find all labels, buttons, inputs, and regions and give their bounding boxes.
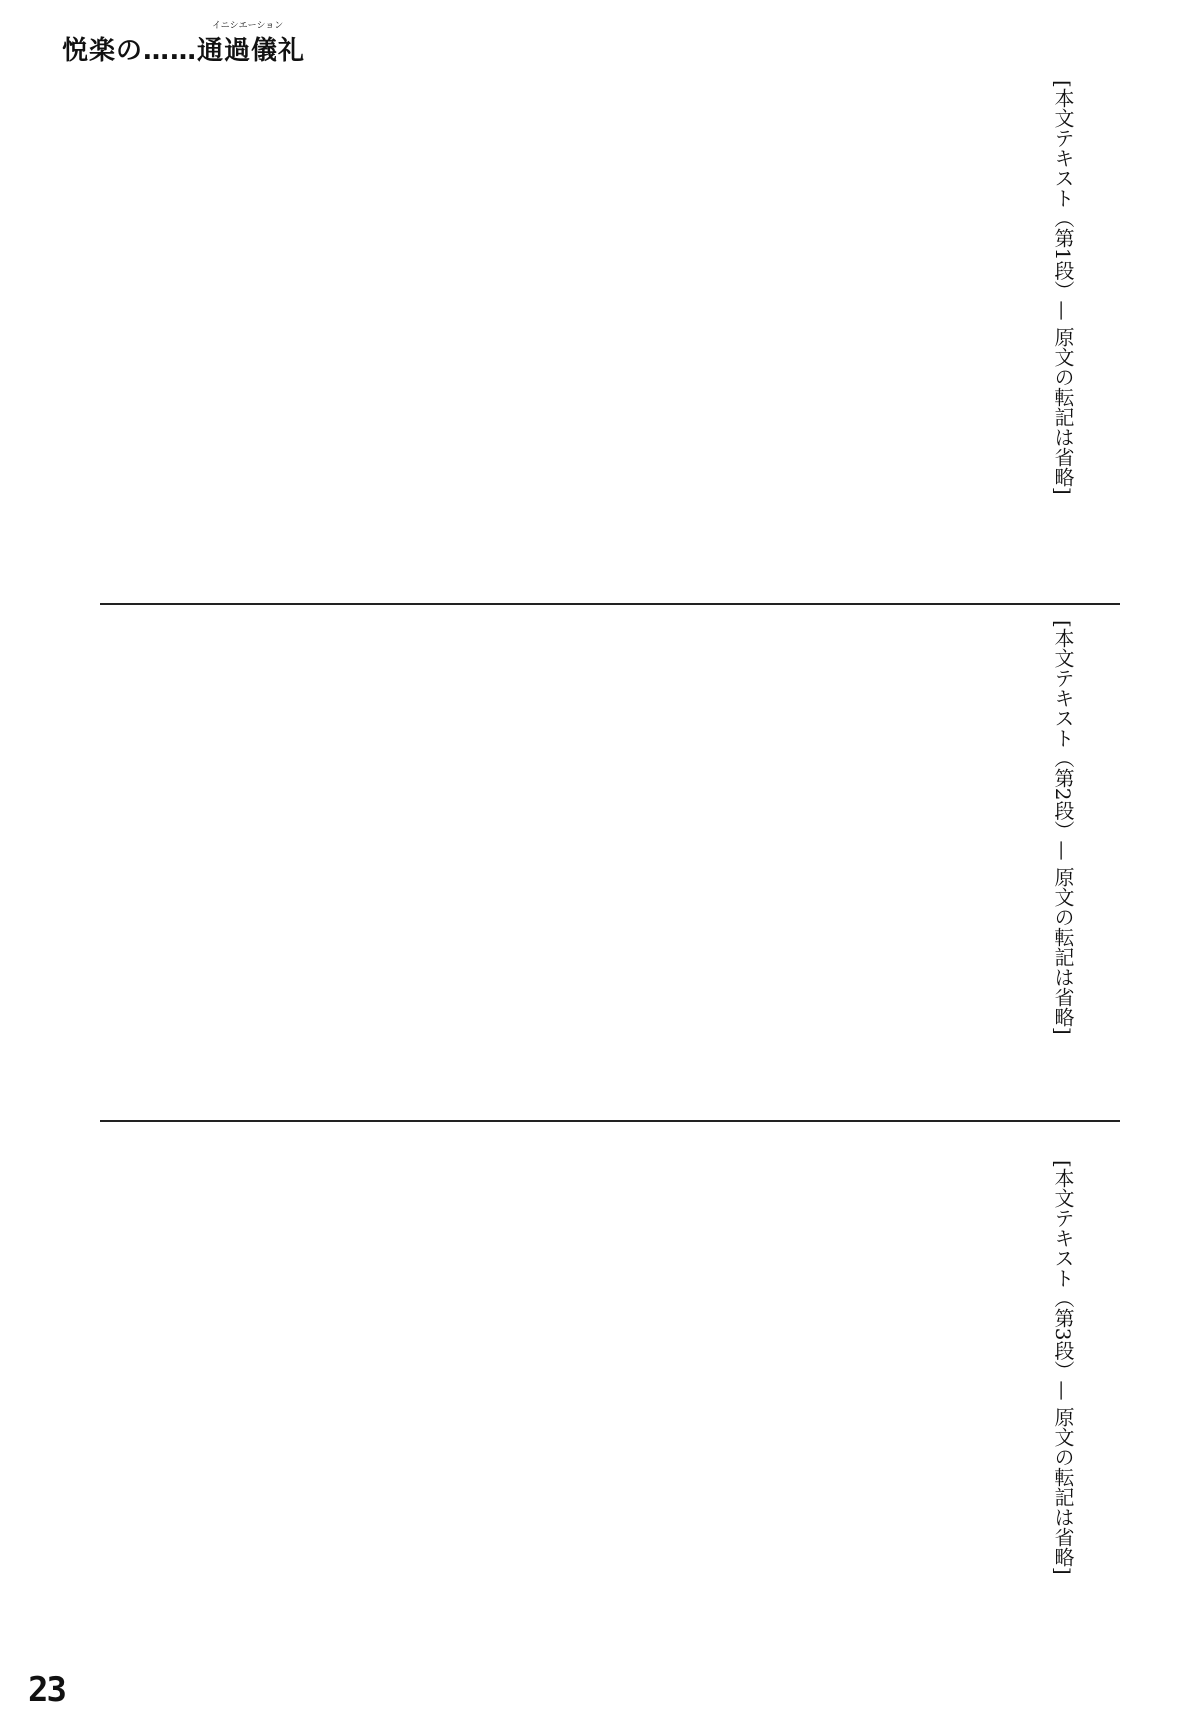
divider — [100, 603, 1120, 605]
paragraph: [本文テキスト（第3段）— 原文の転記は省略] — [1046, 1160, 1080, 1660]
text-block-3: [本文テキスト（第3段）— 原文の転記は省略] — [120, 1160, 1080, 1660]
text-block-2: [本文テキスト（第2段）— 原文の転記は省略] — [120, 620, 1080, 1120]
title-ruby: イニシエーション — [212, 18, 283, 31]
page-number: 23 — [28, 1670, 65, 1710]
paragraph: [本文テキスト（第2段）— 原文の転記は省略] — [1046, 620, 1080, 1120]
page-title: イニシエーション 悦楽の……通過儀礼 — [62, 30, 305, 67]
text-block-1: [本文テキスト（第1段）— 原文の転記は省略] — [120, 80, 1080, 580]
paragraph: [本文テキスト（第1段）— 原文の転記は省略] — [1046, 80, 1080, 580]
divider — [100, 1120, 1120, 1122]
title-text: 悦楽の……通過儀礼 — [62, 36, 305, 66]
